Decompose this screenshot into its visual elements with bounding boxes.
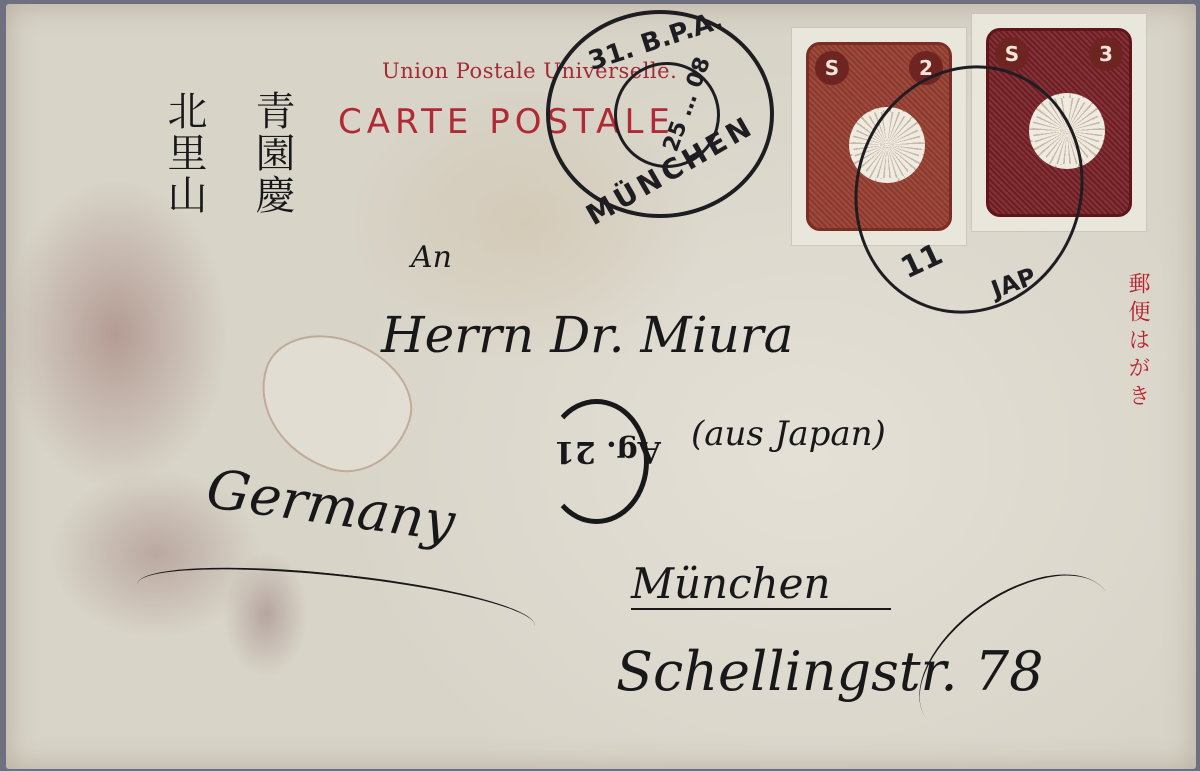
sender-signature-col2: 青園慶 [244, 90, 301, 216]
underline-swash [134, 553, 538, 656]
stamp-unit: S [995, 37, 1029, 71]
stamp-unit: S [815, 51, 849, 85]
handwritten-recipient-note: (aus Japan) [691, 414, 886, 454]
sender-signature-col1: 北里山 [156, 90, 213, 216]
handwritten-salutation: An [411, 240, 452, 275]
stamp-value: 3 [1089, 37, 1123, 71]
postcard: Union Postale Universelle. CARTE POSTALE… [6, 4, 1196, 769]
handwritten-recipient: Herrn Dr. Miura [381, 306, 793, 364]
receiving-mark-text: Ag. 21 [554, 434, 661, 469]
printed-japanese-label: 郵便はがき [1122, 272, 1153, 412]
handwritten-city: München [631, 559, 891, 610]
handwritten-country: Germany [203, 457, 459, 554]
